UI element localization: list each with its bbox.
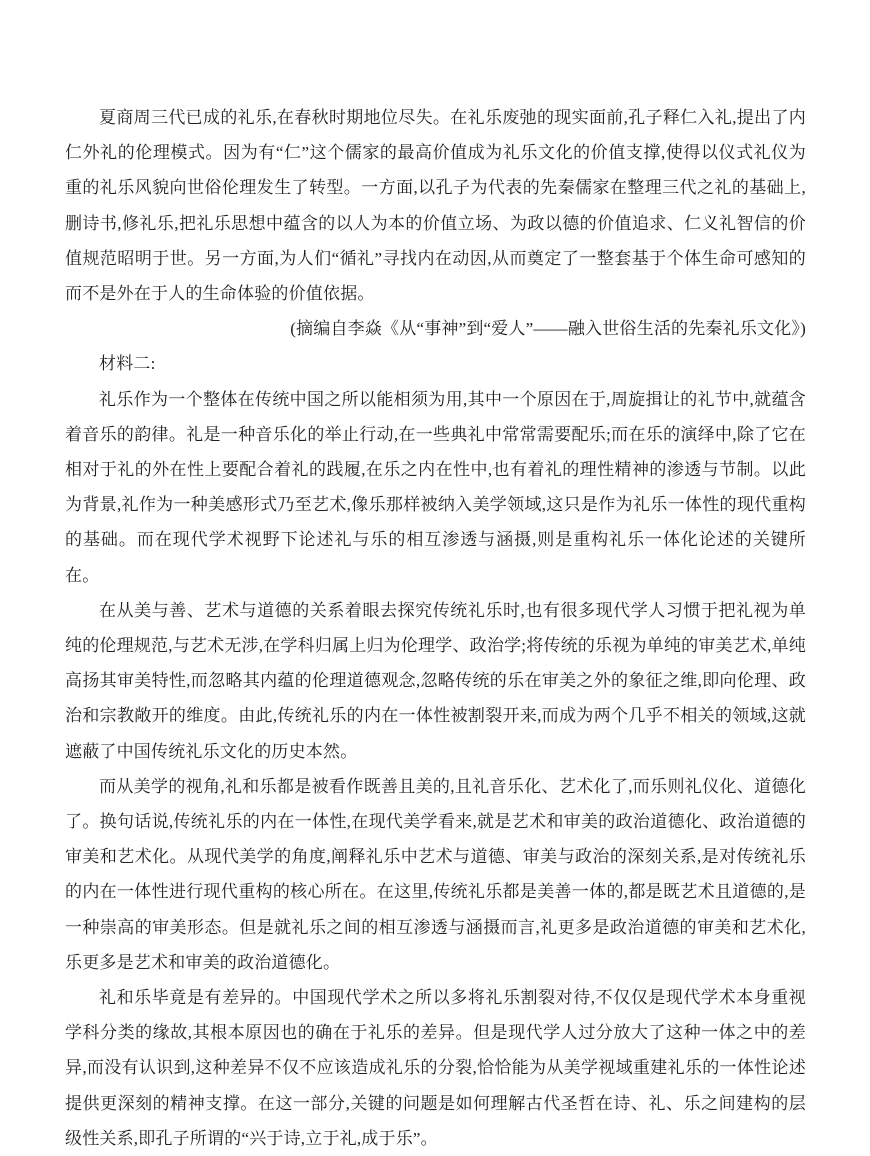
material-two-paragraph-3: 而从美学的视角,礼和乐都是被看作既善且美的,且礼音乐化、艺术化了,而乐则礼仪化、…: [65, 769, 806, 980]
material-one-attribution: (摘编自李焱《从“事神”到“爱人”——融入世俗生活的先秦礼乐文化》): [65, 311, 806, 346]
document-page: 夏商周三代已成的礼乐,在春秋时期地位尽失。在礼乐废弛的现实面前,孔子释仁入礼,提…: [65, 100, 806, 1156]
material-one-paragraph: 夏商周三代已成的礼乐,在春秋时期地位尽失。在礼乐废弛的现实面前,孔子释仁入礼,提…: [65, 100, 806, 311]
material-two-paragraph-1: 礼乐作为一个整体在传统中国之所以能相须为用,其中一个原因在于,周旋揖让的礼节中,…: [65, 382, 806, 593]
material-two-paragraph-4: 礼和乐毕竟是有差异的。中国现代学术之所以多将礼乐割裂对待,不仅仅是现代学术本身重…: [65, 980, 806, 1156]
material-two-paragraph-2: 在从美与善、艺术与道德的关系着眼去探究传统礼乐时,也有很多现代学人习惯于把礼视为…: [65, 593, 806, 769]
material-two-label: 材料二:: [65, 346, 806, 381]
